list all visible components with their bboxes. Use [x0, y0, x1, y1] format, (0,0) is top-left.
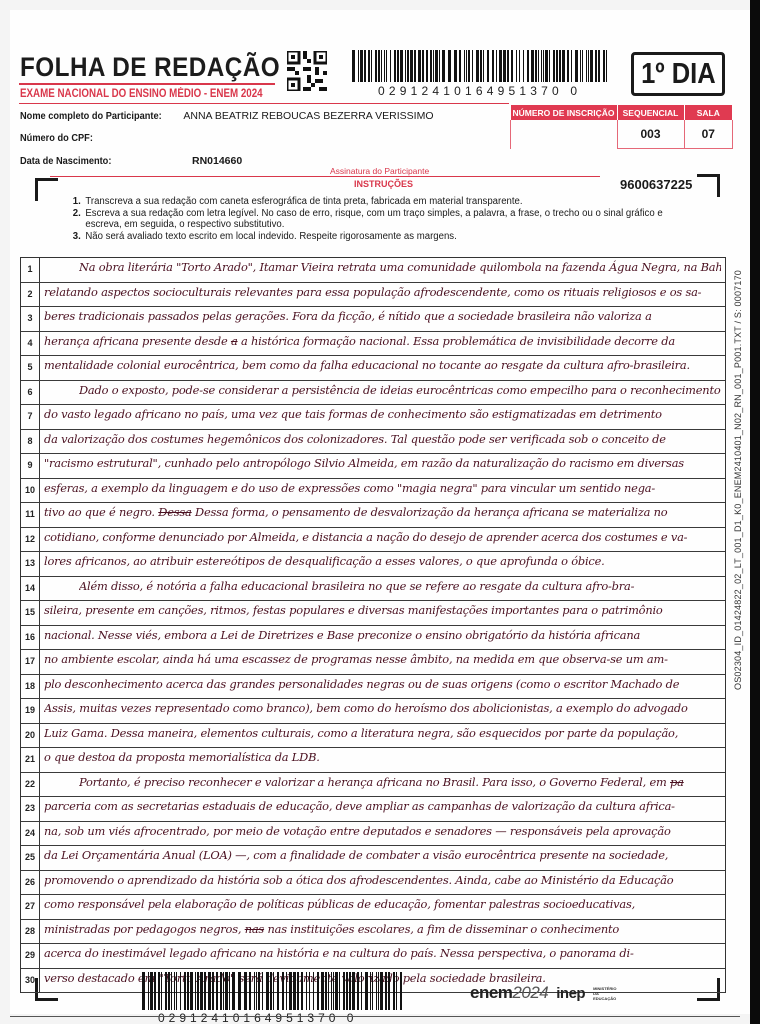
birth-label: Data de Nascimento:: [20, 155, 111, 167]
birth-row: Data de Nascimento:: [20, 155, 124, 167]
header-sala: SALA: [684, 105, 732, 120]
handwritten-text: Na obra literária "Torto Arado", Itamar …: [79, 260, 721, 274]
inep-logo: inep: [556, 985, 585, 1002]
instruction-item: Não será avaliado texto escrito em local…: [83, 231, 684, 243]
scan-edge: [750, 0, 760, 1024]
handwritten-text: herança africana presente desde a a hist…: [44, 334, 721, 348]
handwritten-text: esferas, a exemplo da linguagem e do uso…: [44, 481, 721, 495]
handwritten-text: como responsável pela elaboração de polí…: [44, 897, 721, 911]
cpf-label: Número do CPF:: [20, 132, 93, 144]
handwritten-text: Além disso, é notória a falha educaciona…: [79, 579, 721, 593]
essay-line: 21o que destoa da proposta memorialístic…: [21, 748, 725, 773]
handwritten-text: nacional. Nesse viés, embora a Lei de Di…: [44, 628, 721, 642]
line-number: 10: [21, 479, 40, 503]
line-number: 13: [21, 552, 40, 576]
participant-name-row: Nome completo do Participante: ANNA BEAT…: [20, 110, 433, 122]
handwritten-text: da Lei Orçamentária Anual (LOA) —, com a…: [44, 848, 721, 862]
line-number: 7: [21, 405, 40, 429]
handwritten-text: acerca do inestimável legado africano na…: [44, 946, 721, 960]
handwritten-text: mentalidade colonial eurocêntrica, bem c…: [44, 358, 721, 372]
name-value: ANNA BEATRIZ REBOUCAS BEZERRA VERISSIMO: [183, 110, 433, 122]
handwritten-text: na, sob um viés afrocentrado, por meio d…: [44, 824, 721, 838]
line-number: 1: [21, 258, 40, 282]
line-number: 12: [21, 528, 40, 552]
qr-code-icon: [287, 51, 327, 91]
sheet-bottom-edge: [10, 1016, 740, 1017]
page-title: FOLHA DE REDAÇÃO: [20, 52, 280, 83]
barcode-bottom: [142, 972, 402, 1010]
registration-table: NÚMERO DE INSCRIÇÃO SEQUENCIAL SALA 003 …: [510, 105, 733, 149]
handwritten-text: tivo ao que é negro. Dessa Dessa forma, …: [44, 505, 721, 519]
line-number: 3: [21, 307, 40, 331]
cpf-row: Número do CPF:: [20, 132, 103, 144]
barcode-number-bottom: 02912410164951370 0: [158, 1011, 357, 1024]
line-number: 23: [21, 797, 40, 821]
barcode-number-top: 02912410164951370 0: [378, 84, 581, 98]
line-number: 18: [21, 675, 40, 699]
day-badge-label: 1º DIA: [641, 55, 716, 93]
essay-line: 15sileira, presente em canções, ritmos, …: [21, 601, 725, 626]
line-number: 26: [21, 871, 40, 895]
day-badge: 1º DIA: [631, 52, 725, 96]
essay-line: 29acerca do inestimável legado africano …: [21, 944, 725, 969]
value-sala: 07: [684, 120, 732, 149]
essay-line: 11tivo ao que é negro. Dessa Dessa forma…: [21, 503, 725, 528]
handwritten-text: promovendo o aprendizado da história sob…: [44, 873, 721, 887]
essay-line: 28ministradas por pedagogos negros, nas …: [21, 920, 725, 945]
essay-line: 3beres tradicionais passados pelas geraç…: [21, 307, 725, 332]
essay-line: 25da Lei Orçamentária Anual (LOA) —, com…: [21, 846, 725, 871]
line-number: 4: [21, 332, 40, 356]
header-sequencial: SEQUENCIAL: [617, 105, 684, 120]
essay-line: 12cotidiano, conforme denunciado por Alm…: [21, 528, 725, 553]
signature-line[interactable]: [50, 176, 600, 177]
essay-line: 4herança africana presente desde a a his…: [21, 332, 725, 357]
handwritten-text: cotidiano, conforme denunciado por Almei…: [44, 530, 721, 544]
handwritten-text: Portanto, é preciso reconhecer e valoriz…: [79, 775, 721, 789]
line-number: 28: [21, 920, 40, 944]
line-number: 20: [21, 724, 40, 748]
essay-line: 22Portanto, é preciso reconhecer e valor…: [21, 773, 725, 798]
line-number: 24: [21, 822, 40, 846]
birth-value: RN014660: [192, 155, 242, 167]
handwritten-text: no ambiente escolar, ainda há uma escass…: [44, 652, 721, 666]
handwritten-text: Dado o exposto, pode-se considerar a per…: [79, 383, 721, 397]
instruction-item: Escreva a sua redação com letra legível.…: [83, 208, 684, 231]
essay-line: 26promovendo o aprendizado da história s…: [21, 871, 725, 896]
handwritten-text: ministradas por pedagogos negros, nas na…: [44, 922, 721, 936]
essay-line: 19Assis, muitas vezes representado como …: [21, 699, 725, 724]
line-number: 22: [21, 773, 40, 797]
exam-subtitle: EXAME NACIONAL DO ENSINO MÉDIO - ENEM 20…: [20, 88, 263, 100]
handwritten-text: do vasto legado africano no país, uma ve…: [44, 407, 721, 421]
handwritten-text: lores africanos, ao atribuir estereótipo…: [44, 554, 721, 568]
essay-line: 13lores africanos, ao atribuir estereóti…: [21, 552, 725, 577]
line-number: 6: [21, 381, 40, 405]
essay-line: 27como responsável pela elaboração de po…: [21, 895, 725, 920]
essay-line: 18plo desconhecimento acerca das grandes…: [21, 675, 725, 700]
instruction-item: Transcreva a sua redação com caneta esfe…: [83, 196, 684, 208]
enem-logo-year: 2024: [512, 983, 548, 1002]
barcode-top: [352, 50, 610, 82]
essay-line: 2relatando aspectos socioculturais relev…: [21, 283, 725, 308]
essay-line: 7do vasto legado africano no país, uma v…: [21, 405, 725, 430]
essay-line: 5mentalidade colonial eurocêntrica, bem …: [21, 356, 725, 381]
line-number: 21: [21, 748, 40, 772]
essay-line: 14Além disso, é notória a falha educacio…: [21, 577, 725, 602]
line-number: 25: [21, 846, 40, 870]
registration-mark-top-left: [35, 178, 58, 201]
handwritten-text: da valorização dos costumes hegemônicos …: [44, 432, 721, 446]
value-sequencial: 003: [617, 120, 684, 149]
enem-logo: enem2024: [470, 983, 548, 1003]
line-number: 8: [21, 430, 40, 454]
handwritten-text: Luiz Gama. Dessa maneira, elementos cult…: [44, 726, 721, 740]
handwritten-text: Assis, muitas vezes representado como br…: [44, 701, 721, 715]
essay-line: 6Dado o exposto, pode-se considerar a pe…: [21, 381, 725, 406]
ministry-logo: MINISTÉRIO DA EDUCAÇÃO: [593, 986, 621, 1001]
essay-lines: 1Na obra literária "Torto Arado", Itamar…: [20, 257, 726, 993]
line-number: 19: [21, 699, 40, 723]
subtitle-divider: [19, 103, 509, 104]
signature-label: Assinatura do Participante: [330, 166, 429, 176]
essay-line: 10esferas, a exemplo da linguagem e do u…: [21, 479, 725, 504]
essay-line: 20Luiz Gama. Dessa maneira, elementos cu…: [21, 724, 725, 749]
header-inscricao: NÚMERO DE INSCRIÇÃO: [511, 105, 618, 120]
inscription-code: 9600637225: [620, 177, 692, 192]
handwritten-text: parceria com as secretarias estaduais de…: [44, 799, 721, 813]
instructions-title: INSTRUÇÕES: [354, 179, 413, 189]
essay-line: 9"racismo estrutural", cunhado pelo antr…: [21, 454, 725, 479]
line-number: 16: [21, 626, 40, 650]
essay-line: 17no ambiente escolar, ainda há uma esca…: [21, 650, 725, 675]
line-number: 2: [21, 283, 40, 307]
name-label: Nome completo do Participante:: [20, 110, 162, 122]
line-number: 29: [21, 944, 40, 968]
essay-line: 8da valorização dos costumes hegemônicos…: [21, 430, 725, 455]
line-number: 14: [21, 577, 40, 601]
line-number: 17: [21, 650, 40, 674]
handwritten-text: o que destoa da proposta memorialística …: [44, 750, 721, 764]
instructions-list: Transcreva a sua redação com caneta esfe…: [70, 196, 684, 242]
enem-logo-text: enem: [470, 983, 512, 1002]
handwritten-text: relatando aspectos socioculturais releva…: [44, 285, 721, 299]
line-number: 5: [21, 356, 40, 380]
title-underline: [19, 83, 275, 85]
essay-line: 1Na obra literária "Torto Arado", Itamar…: [21, 258, 725, 283]
handwritten-text: plo desconhecimento acerca das grandes p…: [44, 677, 721, 691]
essay-line: 24na, sob um viés afrocentrado, por meio…: [21, 822, 725, 847]
side-identifier: OS02304_ID_01424822_02_LT_001_D1_K0_ENEM…: [733, 270, 743, 690]
handwritten-text: beres tradicionais passados pelas geraçõ…: [44, 309, 721, 323]
handwritten-text: "racismo estrutural", cunhado pelo antro…: [44, 456, 721, 470]
handwritten-text: sileira, presente em canções, ritmos, fe…: [44, 603, 721, 617]
line-number: 15: [21, 601, 40, 625]
line-number: 11: [21, 503, 40, 527]
line-number: 30: [21, 969, 40, 993]
registration-mark-top-right: [697, 174, 720, 197]
essay-line: 23parceria com as secretarias estaduais …: [21, 797, 725, 822]
line-number: 27: [21, 895, 40, 919]
essay-line: 16nacional. Nesse viés, embora a Lei de …: [21, 626, 725, 651]
value-inscricao: [511, 120, 618, 149]
footer-logos: enem2024 inep MINISTÉRIO DA EDUCAÇÃO: [470, 983, 621, 1003]
line-number: 9: [21, 454, 40, 478]
